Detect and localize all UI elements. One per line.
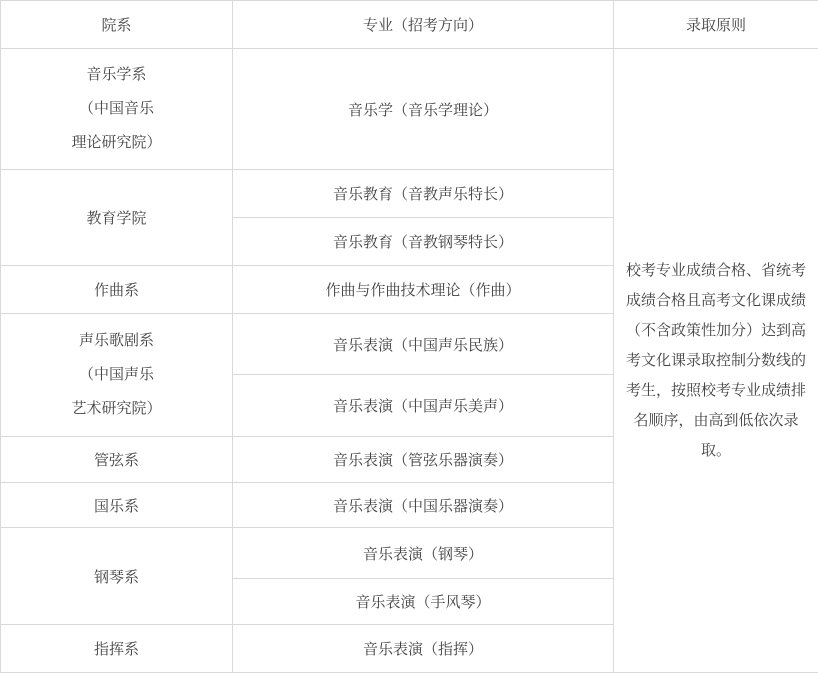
header-cell-department: 院系: [1, 1, 233, 49]
department-cell-chinese-music: 国乐系: [1, 483, 233, 528]
department-cell-composition: 作曲系: [1, 266, 233, 314]
department-cell-musicology: 音乐学系 （中国音乐 理论研究院）: [1, 49, 233, 170]
header-cell-principle: 录取原则: [614, 1, 818, 49]
department-line: 理论研究院）: [1, 128, 232, 158]
major-cell: 音乐表演（管弦乐器演奏）: [233, 437, 614, 483]
major-cell: 音乐学（音乐学理论）: [233, 49, 614, 170]
header-cell-major: 专业（招考方向）: [233, 1, 614, 49]
department-line: 音乐学系: [1, 60, 232, 90]
major-cell: 音乐表演（中国声乐民族）: [233, 314, 614, 375]
department-line: 艺术研究院）: [1, 394, 232, 424]
major-cell: 音乐表演（指挥）: [233, 625, 614, 673]
department-cell-orchestral: 管弦系: [1, 437, 233, 483]
major-cell: 音乐表演（手风琴）: [233, 579, 614, 625]
admissions-table: 院系 专业（招考方向） 录取原则 音乐学系 （中国音乐 理论研究院） 音乐学（音…: [0, 0, 818, 673]
major-cell: 音乐教育（音教声乐特长）: [233, 170, 614, 218]
department-cell-education: 教育学院: [1, 170, 233, 266]
major-cell: 音乐表演（钢琴）: [233, 528, 614, 579]
major-cell: 作曲与作曲技术理论（作曲）: [233, 266, 614, 314]
department-cell-piano: 钢琴系: [1, 528, 233, 625]
department-cell-vocal-opera: 声乐歌剧系 （中国声乐 艺术研究院）: [1, 314, 233, 437]
major-cell: 音乐表演（中国乐器演奏）: [233, 483, 614, 528]
header-row: 院系 专业（招考方向） 录取原则: [1, 1, 818, 49]
admission-principle-cell: 校考专业成绩合格、省统考成绩合格且高考文化课成绩（不含政策性加分）达到高考文化课…: [614, 49, 818, 673]
major-cell: 音乐教育（音教钢琴特长）: [233, 218, 614, 266]
department-line: （中国音乐: [1, 94, 232, 124]
department-line: （中国声乐: [1, 360, 232, 390]
major-cell: 音乐表演（中国声乐美声）: [233, 375, 614, 437]
department-cell-conducting: 指挥系: [1, 625, 233, 673]
table-row: 音乐学系 （中国音乐 理论研究院） 音乐学（音乐学理论） 校考专业成绩合格、省统…: [1, 49, 818, 170]
department-line: 声乐歌剧系: [1, 326, 232, 356]
